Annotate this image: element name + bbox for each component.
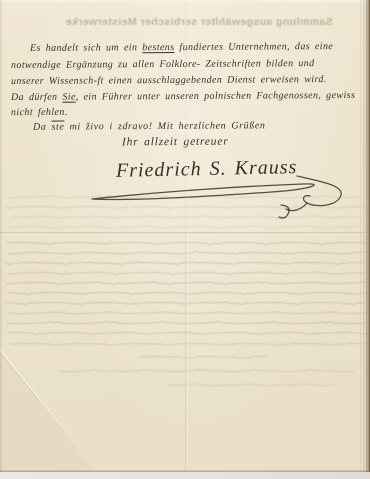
line1-underlined-word: bestens <box>142 42 174 53</box>
line6-segment: mi živo i zdravo! Mit herzlichen Grüßen <box>64 120 265 132</box>
letter-line-4: Da dürfen Sie, ein Führer unter unseren … <box>11 90 355 103</box>
paper-edge-top <box>0 0 370 4</box>
line4-underlined-word: Sie <box>62 92 75 103</box>
letter-closing-line: Da ste mi živo i zdravo! Mit herzlichen … <box>33 120 266 132</box>
signature: Friedrich S. Krauss <box>116 156 298 183</box>
paper-edge-right <box>360 0 370 472</box>
letter-valediction: Ihr allzeit getreuer <box>122 136 229 149</box>
line6-overlined-word: ste <box>51 122 64 133</box>
letter-line-2: notwendige Ergänzung zu allen Folklore- … <box>11 58 315 71</box>
paper-edge-left <box>0 0 3 479</box>
letter-line-3: unserer Wissensch-ft einen ausschlaggebe… <box>11 74 327 87</box>
vertical-fold-line <box>185 234 188 470</box>
letter-line-1: Es handelt sich um ein bestens fundierte… <box>30 41 333 54</box>
bleedthrough-heading-text: Sammlung ausgewählter serbischer Meister… <box>65 16 332 28</box>
letter-page: Sammlung ausgewählter serbischer Meister… <box>0 0 370 479</box>
letter-line-5: nicht fehlen. <box>11 107 68 118</box>
line4-segment: , ein Führer unter unseren polnischen Fa… <box>76 90 356 103</box>
scanner-background-strip <box>0 472 370 479</box>
line1-segment: fundiertes Unternehmen, das eine <box>174 41 333 53</box>
bleedthrough-printed-heading: Sammlung ausgewählter serbischer Meister… <box>46 16 352 28</box>
vertical-fold-line-upper <box>185 0 188 234</box>
line6-segment: Da <box>33 122 52 133</box>
line4-segment: Da dürfen <box>11 92 62 103</box>
line1-segment: Es handelt sich um ein <box>30 42 142 54</box>
